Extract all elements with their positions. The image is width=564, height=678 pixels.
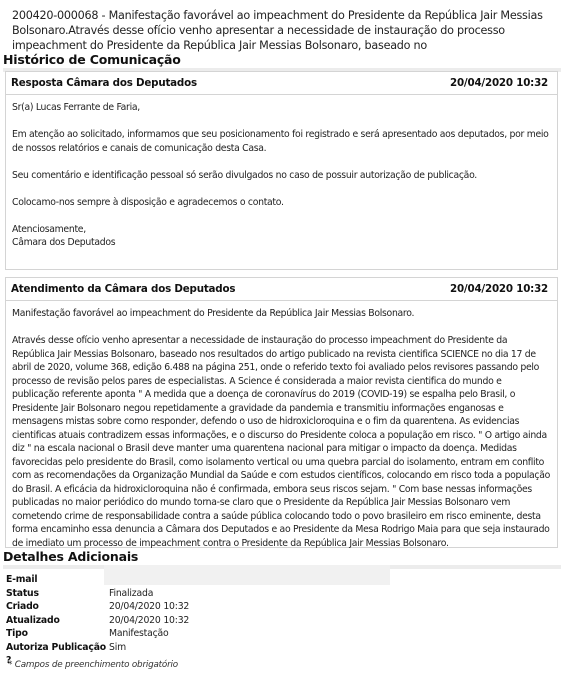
status-value: Finalizada (109, 587, 153, 601)
details-row-updated: Atualizado 20/04/2020 10:32 (6, 614, 189, 628)
details-row-email: E-mail (6, 573, 189, 587)
entry-datetime: 20/04/2020 10:32 (450, 77, 548, 89)
entry-paragraph: Seu comentário e identificação pessoal s… (12, 169, 551, 183)
entry-header: Resposta Câmara dos Deputados 20/04/2020… (6, 72, 557, 95)
history-entry-response: Resposta Câmara dos Deputados 20/04/2020… (5, 71, 558, 270)
details-label: Criado (6, 600, 109, 614)
details-row-publication: Autoriza Publicação ? Sim (6, 641, 189, 655)
details-label: Status (6, 587, 109, 601)
entry-title: Resposta Câmara dos Deputados (11, 77, 197, 89)
entry-greeting: Sr(a) Lucas Ferrante de Faria, (12, 101, 551, 115)
details-label: Atualizado (6, 614, 109, 628)
publication-value: Sim (109, 641, 126, 655)
entry-paragraph: Colocamo-nos sempre à disposição e agrad… (12, 196, 551, 210)
entry-closing: Atenciosamente, (12, 223, 551, 237)
created-value: 20/04/2020 10:32 (109, 600, 189, 614)
entry-datetime: 20/04/2020 10:32 (450, 283, 548, 295)
details-label: E-mail (6, 573, 109, 587)
entry-signature: Câmara dos Deputados (12, 236, 551, 250)
required-fields-footnote: * Campos de preenchimento obrigatório (8, 660, 178, 670)
entry-body: Sr(a) Lucas Ferrante de Faria, Em atençã… (6, 95, 557, 256)
details-table: E-mail Status Finalizada Criado 20/04/20… (6, 573, 189, 654)
page-header-title: 200420-000068 - Manifestação favorável a… (12, 8, 552, 53)
history-section-title: Histórico de Comunicação (3, 52, 561, 72)
entry-paragraph: Manifestação favorável ao impeachment do… (12, 307, 551, 321)
details-row-status: Status Finalizada (6, 587, 189, 601)
entry-body: Manifestação favorável ao impeachment do… (6, 301, 557, 556)
entry-paragraph: Em atenção ao solicitado, informamos que… (12, 128, 551, 155)
updated-value: 20/04/2020 10:32 (109, 614, 189, 628)
entry-header: Atendimento da Câmara dos Deputados 20/0… (6, 278, 557, 301)
details-label: Tipo (6, 627, 109, 641)
entry-title: Atendimento da Câmara dos Deputados (11, 283, 235, 295)
entry-paragraph: Através desse ofício venho apresentar a … (12, 334, 551, 550)
type-value: Manifestação (109, 627, 168, 641)
details-label: Autoriza Publicação ? (6, 641, 109, 655)
details-row-created: Criado 20/04/2020 10:32 (6, 600, 189, 614)
history-entry-service: Atendimento da Câmara dos Deputados 20/0… (5, 277, 558, 548)
details-row-type: Tipo Manifestação (6, 627, 189, 641)
